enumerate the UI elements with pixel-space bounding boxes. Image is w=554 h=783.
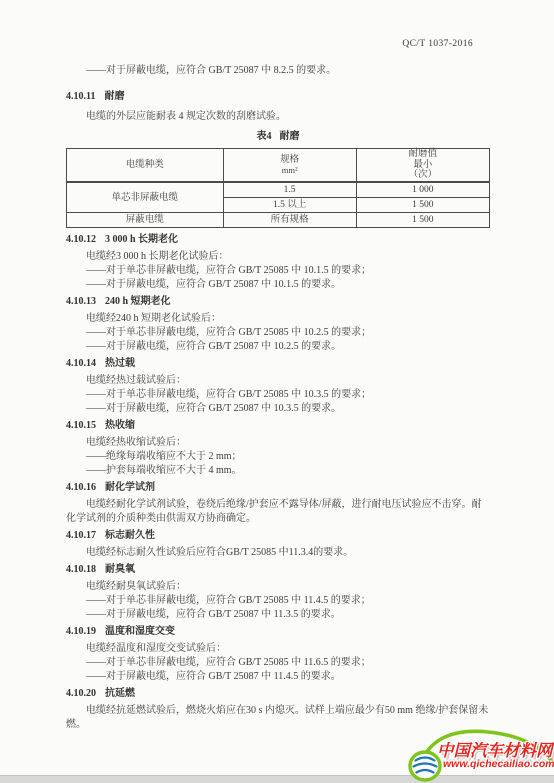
section-body: 电缆经耐化学试剂试验，卷绕后绝缘/护套应不露导体/屏蔽，进行耐电压试验应不击穿。… bbox=[66, 498, 490, 526]
body-paragraph: ——对于屏蔽电缆，应符合 GB/T 25087 中 10.2.5 的要求。 bbox=[66, 340, 490, 354]
section-body: 电缆经热过载试验后：——对于单芯非屏蔽电缆，应符合 GB/T 25085 中 1… bbox=[66, 374, 490, 416]
section-number: 4.10.11 bbox=[66, 91, 95, 102]
spec-section: 4.10.14热过载 电缆经热过载试验后：——对于单芯非屏蔽电缆，应符合 GB/… bbox=[66, 357, 490, 416]
section-body: 电缆经3 000 h 长期老化试验后：——对于单芯非屏蔽电缆，应符合 GB/T … bbox=[66, 250, 490, 292]
section-title: 耐磨 bbox=[104, 91, 124, 102]
cell-value: 1 000 bbox=[356, 182, 489, 198]
section-heading: 4.10.19温度和湿度交变 bbox=[66, 625, 490, 639]
body-paragraph: ——对于单芯非屏蔽电缆，应符合 GB/T 25085 中 10.1.5 的要求； bbox=[66, 264, 490, 278]
intro-dash-line: ——对于屏蔽电缆，应符合 GB/T 25087 中 8.2.5 的要求。 bbox=[66, 64, 490, 78]
spec-section: 4.10.123 000 h 长期老化 电缆经3 000 h 长期老化试验后：—… bbox=[66, 233, 490, 292]
table-row: 单芯非屏蔽电缆 1.5 1 000 bbox=[67, 182, 490, 198]
table-header-row: 电缆种类 规格 mm² 耐磨值 最小 （次） bbox=[67, 149, 490, 183]
spec-section: 4.10.13240 h 短期老化 电缆经240 h 短期老化试验后：——对于单… bbox=[66, 295, 490, 354]
section-heading: 4.10.16耐化学试剂 bbox=[66, 481, 490, 495]
body-paragraph: ——绝缘每端收缩应不大于 2 mm； bbox=[66, 450, 490, 464]
body-paragraph: 电缆经耐化学试剂试验，卷绕后绝缘/护套应不露导体/屏蔽，进行耐电压试验应不击穿。… bbox=[66, 498, 490, 526]
body-paragraph: 电缆经3 000 h 长期老化试验后： bbox=[66, 250, 490, 264]
section-heading: 4.10.15热收缩 bbox=[66, 419, 490, 433]
section-number: 4.10.18 bbox=[66, 564, 96, 575]
document-content: ——对于屏蔽电缆，应符合 GB/T 25087 中 8.2.5 的要求。 4.1… bbox=[66, 64, 490, 732]
section-title: 3 000 h 长期老化 bbox=[105, 234, 178, 245]
section-number: 4.10.13 bbox=[66, 296, 96, 307]
cell-value: 1 500 bbox=[356, 213, 489, 228]
section-number: 4.10.20 bbox=[66, 688, 96, 699]
body-paragraph: ——对于单芯非屏蔽电缆，应符合 GB/T 25085 中 11.6.5 的要求； bbox=[66, 656, 490, 670]
section-body: 电缆经标志耐久性试验后应符合GB/T 25085 中11.3.4的要求。 bbox=[66, 546, 490, 560]
body-paragraph: 电缆的外层应能耐表 4 规定次数的刮磨试验。 bbox=[66, 110, 490, 124]
body-paragraph: 电缆经240 h 短期老化试验后： bbox=[66, 312, 490, 326]
body-paragraph: 电缆经热过载试验后： bbox=[66, 374, 490, 388]
section-number: 4.10.12 bbox=[66, 234, 96, 245]
body-paragraph: ——对于单芯非屏蔽电缆，应符合 GB/T 25085 中 11.4.5 的要求； bbox=[66, 594, 490, 608]
site-watermark-logo: 中国汽车材料网 www.qichecailiao.com bbox=[406, 726, 554, 783]
header-cell-cable-type: 电缆种类 bbox=[67, 149, 224, 183]
section-title: 温度和湿度交变 bbox=[105, 626, 175, 637]
header-cell-spec: 规格 mm² bbox=[223, 149, 356, 183]
table-caption: 表4耐磨 bbox=[66, 130, 490, 144]
cell-cable-type: 屏蔽电缆 bbox=[67, 213, 224, 228]
body-paragraph: ——护套每端收缩应不大于 4 mm。 bbox=[66, 464, 490, 478]
section-body: 电缆经热收缩试验后：——绝缘每端收缩应不大于 2 mm；——护套每端收缩应不大于… bbox=[66, 436, 490, 478]
section-heading: 4.10.20抗延燃 bbox=[66, 687, 490, 701]
standard-number: QC/T 1037-2016 bbox=[402, 39, 473, 49]
section-title: 热收缩 bbox=[105, 420, 135, 431]
body-paragraph: 电缆经标志耐久性试验后应符合GB/T 25085 中11.3.4的要求。 bbox=[66, 546, 490, 560]
section-title: 标志耐久性 bbox=[105, 530, 155, 541]
document-page: QC/T 1037-2016 ——对于屏蔽电缆，应符合 GB/T 25087 中… bbox=[0, 0, 554, 783]
cell-cable-type: 单芯非屏蔽电缆 bbox=[67, 182, 224, 213]
section-title: 抗延燃 bbox=[105, 688, 135, 699]
cell-spec: 1.5 bbox=[223, 182, 356, 198]
body-paragraph: ——对于单芯非屏蔽电缆，应符合 GB/T 25085 中 10.2.5 的要求； bbox=[66, 326, 490, 340]
sections: 4.10.123 000 h 长期老化 电缆经3 000 h 长期老化试验后：—… bbox=[66, 233, 490, 732]
section-heading: 4.10.123 000 h 长期老化 bbox=[66, 233, 490, 247]
section-title: 240 h 短期老化 bbox=[105, 296, 171, 307]
spec-section: 4.10.16耐化学试剂 电缆经耐化学试剂试验，卷绕后绝缘/护套应不露导体/屏蔽… bbox=[66, 481, 490, 526]
section-body: 电缆经耐臭氧试验后：——对于单芯非屏蔽电缆，应符合 GB/T 25085 中 1… bbox=[66, 580, 490, 622]
section-body: 电缆经温度和湿度交变试验后：——对于单芯非屏蔽电缆，应符合 GB/T 25085… bbox=[66, 642, 490, 684]
section-number: 4.10.15 bbox=[66, 420, 96, 431]
table-caption-label: 表4 bbox=[257, 131, 272, 142]
body-paragraph: 电缆经热收缩试验后： bbox=[66, 436, 490, 450]
section-heading: 4.10.18耐臭氧 bbox=[66, 563, 490, 577]
section-heading-abrasion: 4.10.11耐磨 bbox=[66, 90, 490, 104]
section-number: 4.10.16 bbox=[66, 482, 96, 493]
body-paragraph: ——对于单芯非屏蔽电缆，应符合 GB/T 25085 中 10.3.5 的要求； bbox=[66, 388, 490, 402]
section-title: 耐臭氧 bbox=[105, 564, 135, 575]
spec-section: 4.10.19温度和湿度交变 电缆经温度和湿度交变试验后：——对于单芯非屏蔽电缆… bbox=[66, 625, 490, 684]
body-paragraph: ——对于屏蔽电缆，应符合 GB/T 25087 中 11.4.5 的要求。 bbox=[66, 670, 490, 684]
body-paragraph: 电缆经温度和湿度交变试验后： bbox=[66, 642, 490, 656]
spec-section: 4.10.15热收缩 电缆经热收缩试验后：——绝缘每端收缩应不大于 2 mm；—… bbox=[66, 419, 490, 478]
section-heading: 4.10.17标志耐久性 bbox=[66, 529, 490, 543]
spec-section: 4.10.18耐臭氧 电缆经耐臭氧试验后：——对于单芯非屏蔽电缆，应符合 GB/… bbox=[66, 563, 490, 622]
section-number: 4.10.19 bbox=[66, 626, 96, 637]
body-paragraph: 电缆经耐臭氧试验后： bbox=[66, 580, 490, 594]
spec-section: 4.10.17标志耐久性 电缆经标志耐久性试验后应符合GB/T 25085 中1… bbox=[66, 529, 490, 560]
body-paragraph: ——对于屏蔽电缆，应符合 GB/T 25087 中 11.3.5 的要求。 bbox=[66, 608, 490, 622]
table-caption-title: 耐磨 bbox=[280, 131, 300, 142]
table-row: 屏蔽电缆 所有规格 1 500 bbox=[67, 213, 490, 228]
section-title: 耐化学试剂 bbox=[105, 482, 155, 493]
section-body: 电缆经240 h 短期老化试验后：——对于单芯非屏蔽电缆，应符合 GB/T 25… bbox=[66, 312, 490, 354]
cell-value: 1 500 bbox=[356, 198, 489, 213]
section-number: 4.10.17 bbox=[66, 530, 96, 541]
body-paragraph: ——对于屏蔽电缆，应符合 GB/T 25087 中 10.1.5 的要求。 bbox=[66, 278, 490, 292]
abrasion-table: 电缆种类 规格 mm² 耐磨值 最小 （次） 单芯非屏蔽电缆 1.5 1 000… bbox=[66, 148, 490, 228]
body-paragraph: ——对于屏蔽电缆，应符合 GB/T 25087 中 10.3.5 的要求。 bbox=[66, 402, 490, 416]
section-title: 热过载 bbox=[105, 358, 135, 369]
cell-spec: 1.5 以上 bbox=[223, 198, 356, 213]
section-heading: 4.10.13240 h 短期老化 bbox=[66, 295, 490, 309]
header-cell-abrasion-value: 耐磨值 最小 （次） bbox=[356, 149, 489, 183]
cell-spec: 所有规格 bbox=[223, 213, 356, 228]
section-heading: 4.10.14热过载 bbox=[66, 357, 490, 371]
section-number: 4.10.14 bbox=[66, 358, 96, 369]
logo-site-url: www.qichecailiao.com bbox=[443, 758, 554, 770]
